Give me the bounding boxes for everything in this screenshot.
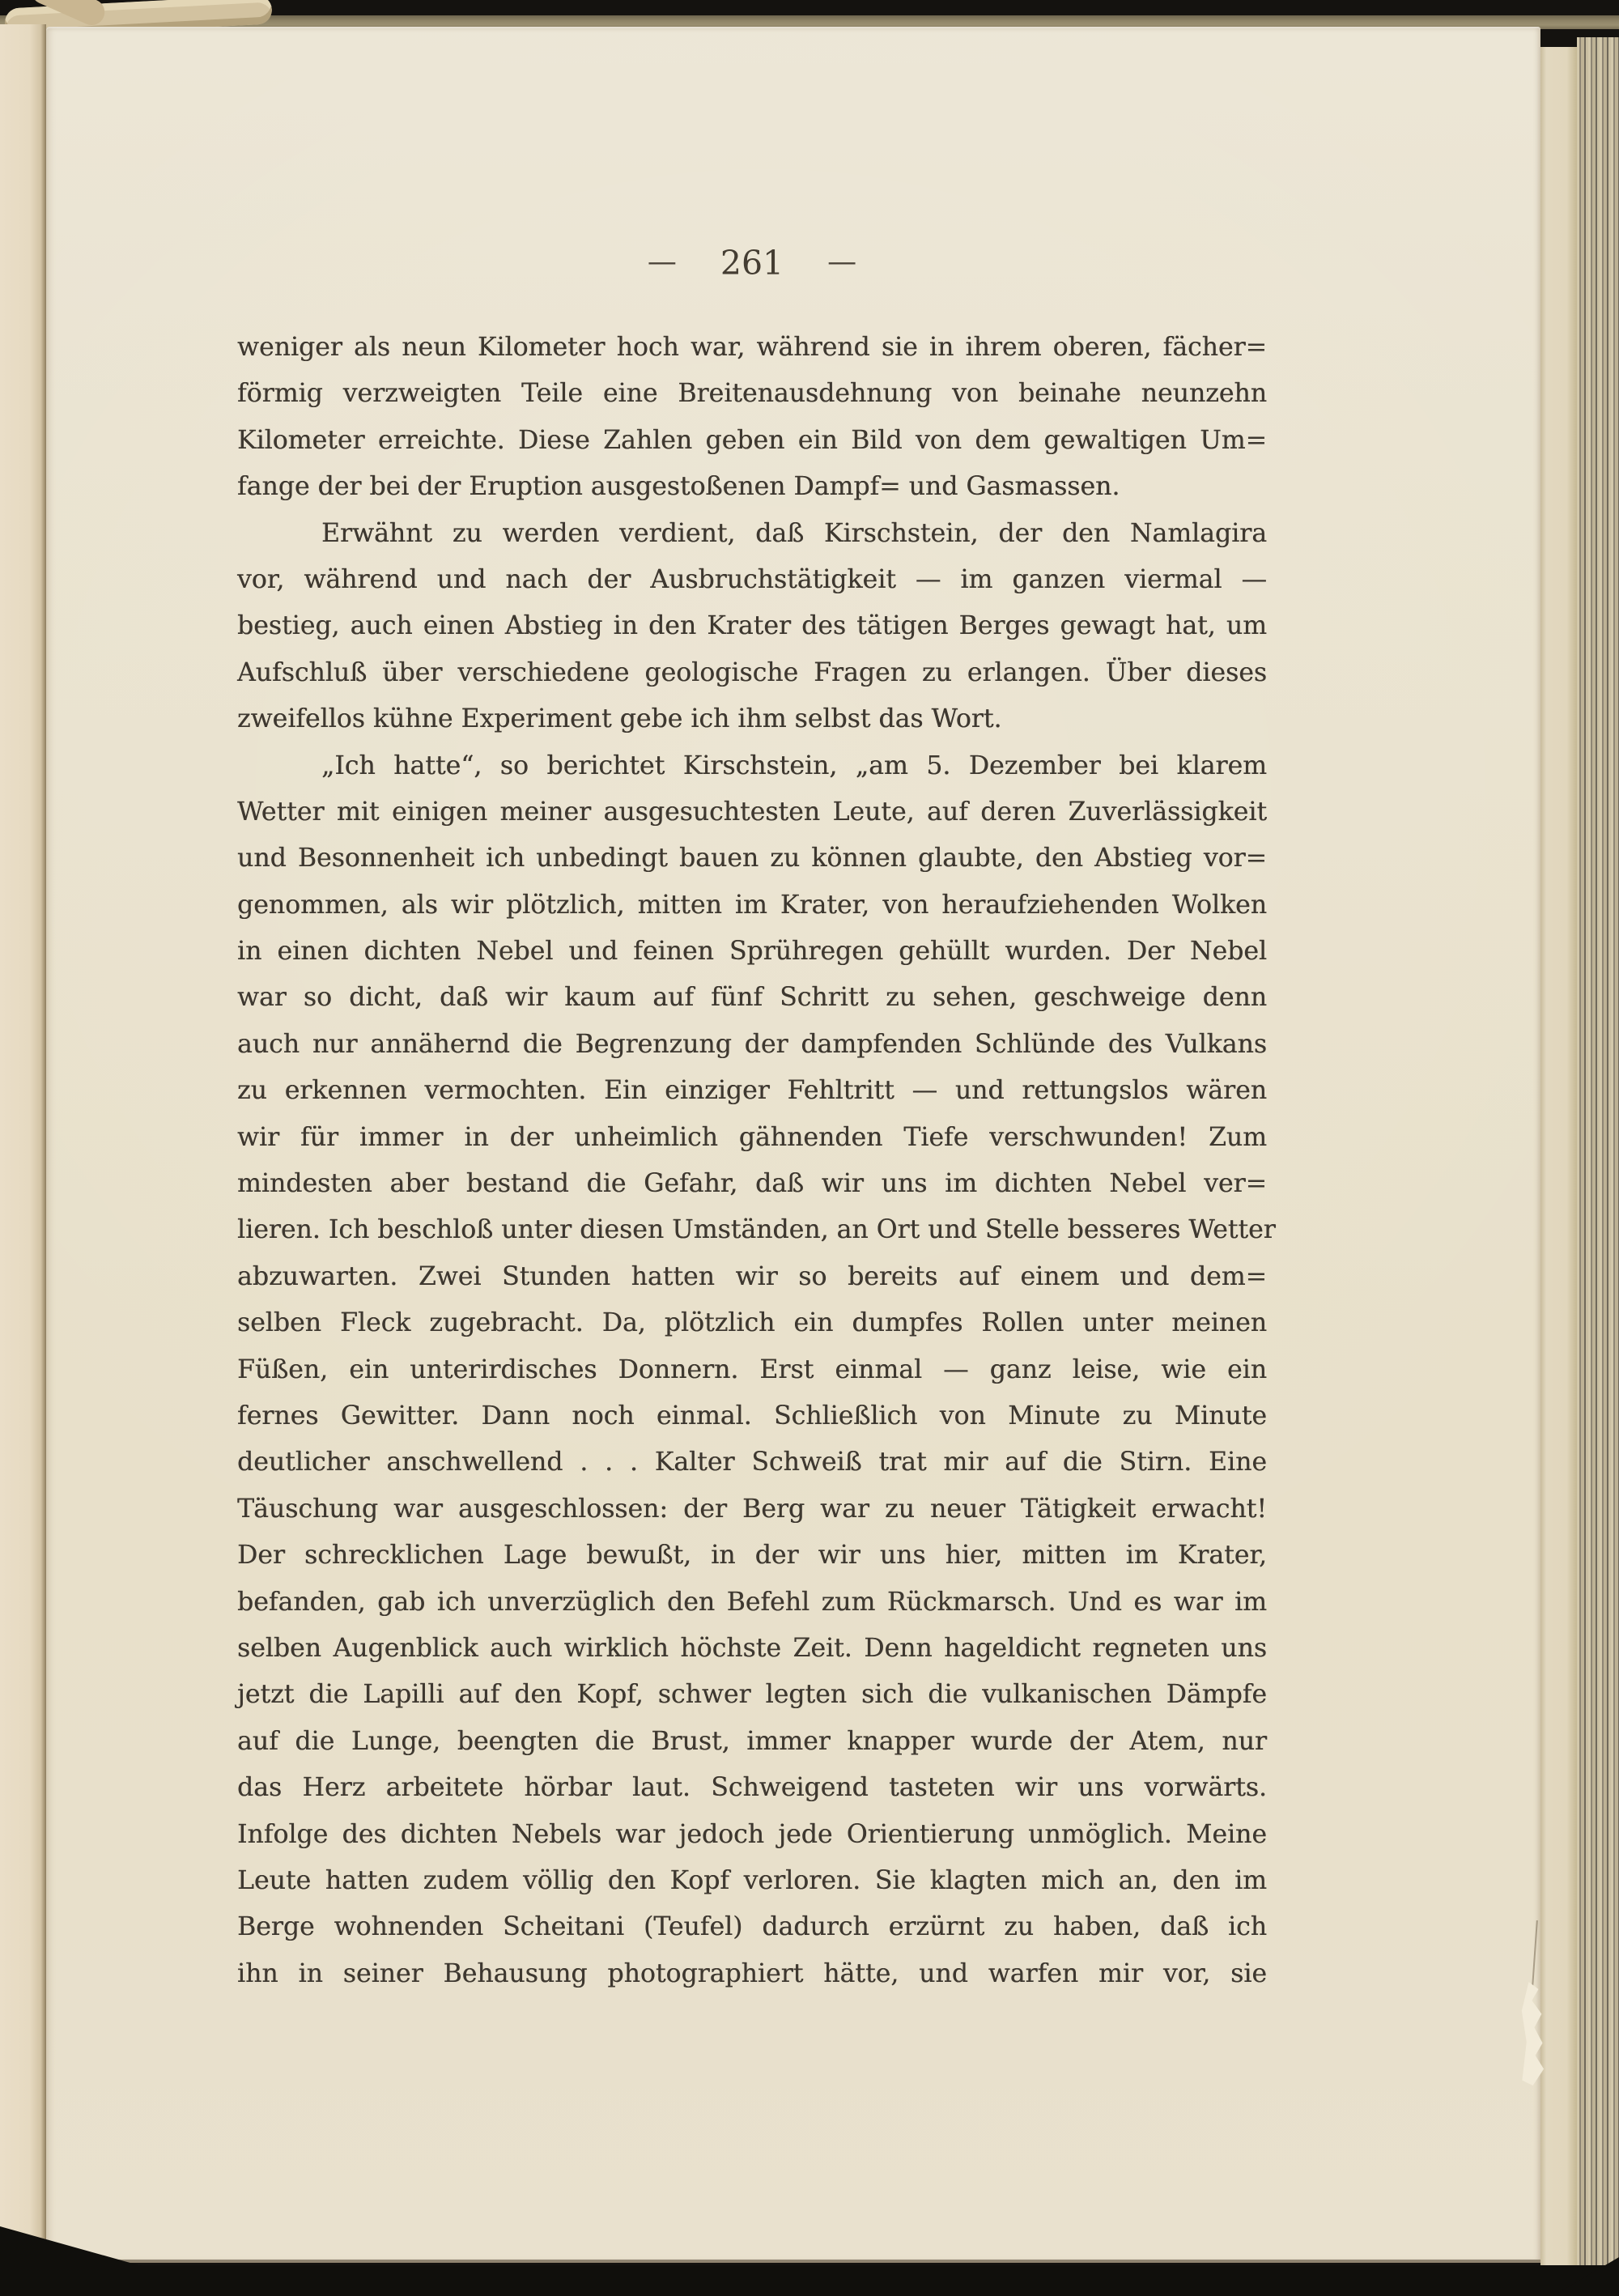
page-header: —261— (237, 242, 1267, 284)
text-line: ihn in seiner Behausung photographiert h… (237, 1951, 1267, 1997)
book-page: —261— weniger als neun Kilometer hoch wa… (46, 27, 1540, 2263)
text-line: „Ich hatte“, so berichtet Kirschstein, „… (237, 743, 1267, 789)
text-line: deutlicher anschwellend . . . Kalter Sch… (237, 1439, 1267, 1486)
text-line: fange der bei der Eruption ausgestoßenen… (237, 464, 1267, 510)
text-line: lieren. Ich beschloß unter diesen Umstän… (237, 1207, 1267, 1253)
text-line: Aufschluß über verschiedene geologische … (237, 650, 1267, 696)
header-dash-left: — (648, 245, 677, 278)
text-line: weniger als neun Kilometer hoch war, wäh… (237, 325, 1267, 371)
text-line: wir für immer in der unheimlich gähnende… (237, 1115, 1267, 1161)
text-line: auch nur annähernd die Begrenzung der da… (237, 1022, 1267, 1068)
text-line: und Besonnenheit ich unbedingt bauen zu … (237, 835, 1267, 882)
text-line: bestieg, auch einen Abstieg in den Krate… (237, 603, 1267, 649)
text-line: in einen dichten Nebel und feinen Sprühr… (237, 929, 1267, 975)
underlying-page-edge-left (0, 24, 46, 2247)
text-line: Erwähnt zu werden verdient, daß Kirschst… (237, 511, 1267, 557)
header-dash-right: — (827, 245, 856, 278)
text-line: Infolge des dichten Nebels war jedoch je… (237, 1812, 1267, 1858)
page-number: 261 (720, 244, 784, 283)
text-line: Der schrecklichen Lage bewußt, in der wi… (237, 1533, 1267, 1579)
text-line: jetzt die Lapilli auf den Kopf, schwer l… (237, 1672, 1267, 1718)
text-line: Täuschung war ausgeschlossen: der Berg w… (237, 1486, 1267, 1533)
text-line: zu erkennen vermochten. Ein einziger Feh… (237, 1068, 1267, 1114)
text-line: Berge wohnenden Scheitani (Teufel) dadur… (237, 1904, 1267, 1950)
text-line: befanden, gab ich unverzüglich den Befeh… (237, 1580, 1267, 1626)
text-line: genommen, als wir plötzlich, mitten im K… (237, 882, 1267, 929)
text-line: förmig verzweigten Teile eine Breitenaus… (237, 371, 1267, 417)
text-line: fernes Gewitter. Dann noch einmal. Schli… (237, 1393, 1267, 1439)
text-line: selben Fleck zugebracht. Da, plötzlich e… (237, 1300, 1267, 1346)
text-line: mindesten aber bestand die Gefahr, daß w… (237, 1161, 1267, 1207)
text-line: zweifellos kühne Experiment gebe ich ihm… (237, 696, 1267, 742)
text-line: das Herz arbeitete hörbar laut. Schweige… (237, 1765, 1267, 1811)
body-text: weniger als neun Kilometer hoch war, wäh… (237, 325, 1267, 1997)
adjacent-page-edge (1540, 47, 1577, 2273)
text-line: vor, während und nach der Ausbruchstätig… (237, 557, 1267, 603)
text-line: Füßen, ein unterirdisches Donnern. Erst … (237, 1347, 1267, 1393)
text-line: abzuwarten. Zwei Stunden hatten wir so b… (237, 1254, 1267, 1300)
text-line: war so dicht, daß wir kaum auf fünf Schr… (237, 975, 1267, 1021)
text-line: Wetter mit einigen meiner ausgesuchteste… (237, 789, 1267, 835)
text-line: Leute hatten zudem völlig den Kopf verlo… (237, 1858, 1267, 1904)
text-line: auf die Lunge, beengten die Brust, immer… (237, 1719, 1267, 1765)
book-scan: —261— weniger als neun Kilometer hoch wa… (0, 0, 1619, 2296)
fore-edge-stripes (1577, 37, 1619, 2277)
text-line: selben Augenblick auch wirklich höchste … (237, 1626, 1267, 1672)
text-line: Kilometer erreichte. Diese Zahlen geben … (237, 418, 1267, 464)
scan-background-bottom (0, 2265, 1619, 2296)
